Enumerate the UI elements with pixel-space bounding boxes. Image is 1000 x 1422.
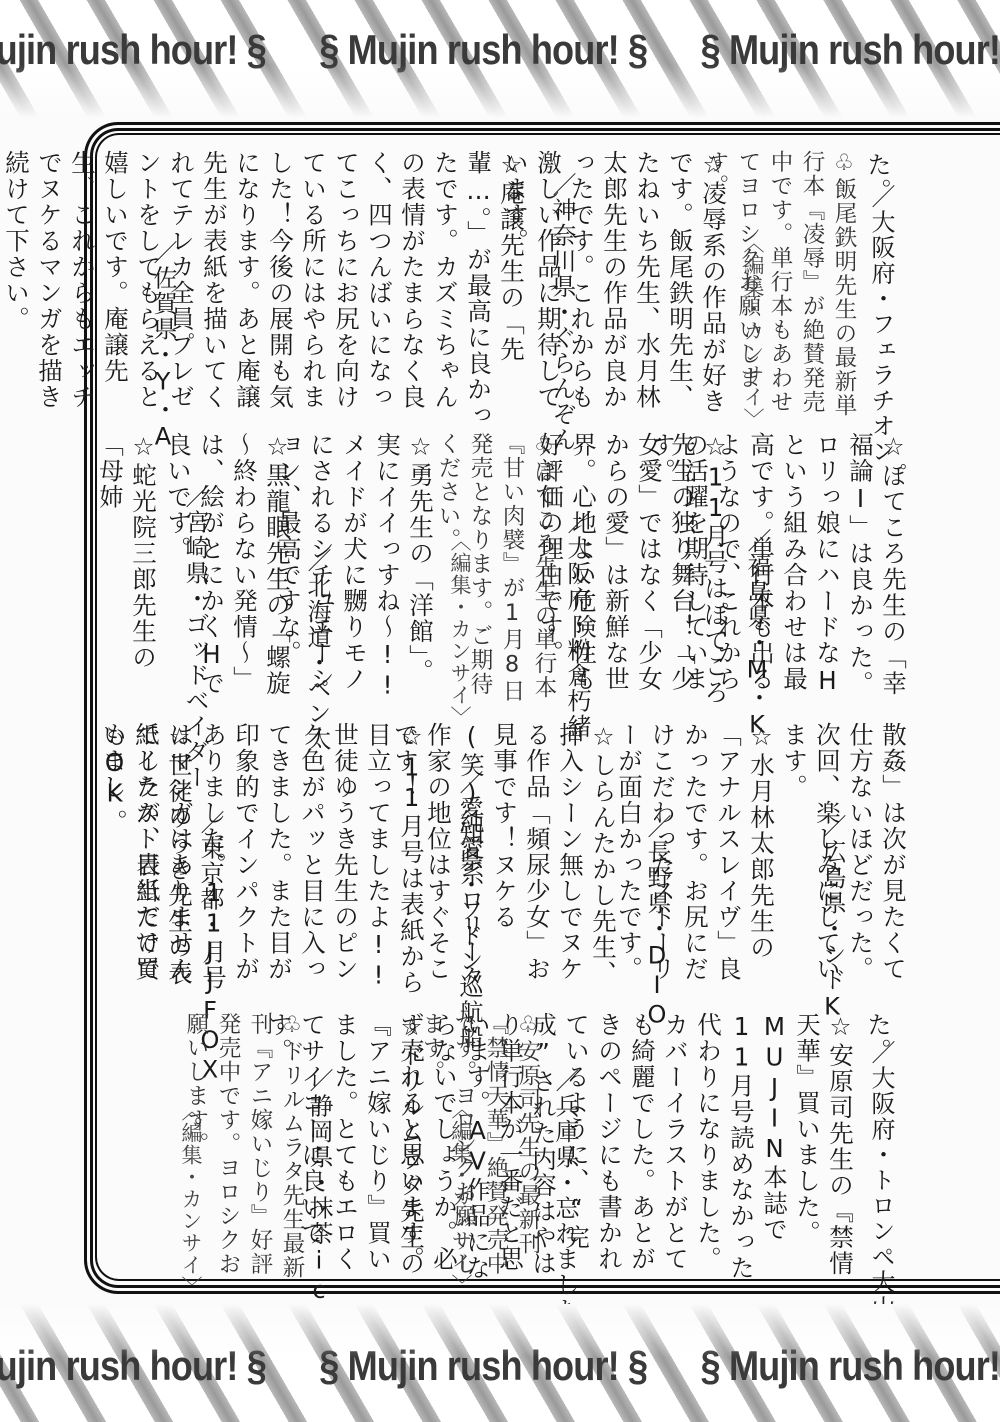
bottom-banner: § Mujin rush hour! §§ Mujin rush hour! §… bbox=[0, 1304, 1000, 1422]
letter-text: ☆世徒ゆうき先生の表紙イラスト目当てで買いまし bbox=[124, 722, 196, 997]
editor-signature: 〈編集・カンサイ〉 bbox=[738, 232, 768, 430]
letter-text: ☆黒龍眼先生の「螺旋～終わらない発情～」は、絵がとにかくHで良いです。 bbox=[222, 432, 294, 707]
letter-signature: ／大阪府・フェラチオン bbox=[864, 184, 899, 465]
editor-reply: ♧安原司先生の最新刊『禁情天華』絶賛発売中です。ヨロシクお願いします。 bbox=[472, 1012, 544, 1287]
editor-reply: ♧ドリルムラタ先生最新刊『アニ嫁いじり』好評発売中です。ヨロシクお願いします。 bbox=[200, 1012, 308, 1287]
letter-text: ☆しらんたかし先生、挿入シーン無しでヌケる作品「頻尿少女」お見事です！ヌケる(笑… bbox=[478, 722, 620, 997]
letter-text: ☆庵譲先生の「先輩…。」が最高に良かったです。カズミちゃんの表情がたまらなく良く… bbox=[178, 150, 528, 430]
letter-text: ☆蛇光院三郎先生の「母姉 bbox=[124, 432, 160, 707]
letter-signature: ／大阪府・粉倉朽緒 bbox=[560, 510, 595, 740]
letter-signature: ／佐賀県・Y・A bbox=[146, 240, 181, 452]
letter-signature: ／兵庫県・忘れました bbox=[548, 1068, 583, 1323]
letter-text: ☆安原司先生の『禁情天華』買いました。MUJIN本誌で11月号読めなかった代わり… bbox=[572, 1012, 857, 1287]
editor-signature: 〈編集・カンサイ〉 bbox=[176, 1100, 206, 1298]
top-banner: § Mujin rush hour! §§ Mujin rush hour! §… bbox=[0, 0, 1000, 118]
letter-signature: ／福島県・M・K bbox=[740, 528, 775, 740]
editor-reply: ♧ぽてころ先生の単行本『甘い肉襞』が1月8日発売となります。ご期待ください。 bbox=[470, 432, 560, 707]
banner-fade bbox=[0, 1304, 1000, 1422]
editor-signature: 〈編集・カンサイ〉 bbox=[446, 1098, 476, 1296]
letter-signature: ／愛知県・ソドン巡航船 bbox=[452, 770, 487, 1051]
letter-signature: ／神奈川県・ぐらんぞん bbox=[545, 172, 580, 453]
banner-fade bbox=[0, 0, 1000, 118]
letter-text: ☆勇先生の「洋館」。実にイイっすね～!! メイドが犬に嬲りモノにされるシチュエー… bbox=[332, 432, 437, 707]
letter-signature: ／広島県・シドK bbox=[815, 814, 850, 1022]
letter-text: ☆11月号は表紙から目立ってましたよ!! 世徒ゆうき先生のピンク色がパッと目に入… bbox=[196, 722, 428, 997]
editor-reply: ♧飯尾鉄明先生の最新単行本『凌辱』が絶賛発売中です。単行本もあわせてヨロシクお願… bbox=[760, 150, 860, 430]
letter-text: ☆11月号はぽてころ先生の独り舞台！「少女愛」ではなく「少女からの愛」は新鮮な世… bbox=[590, 432, 732, 707]
letter-signature: ／大阪府・トロンペ大山 bbox=[864, 1040, 899, 1321]
letter-text: ☆凌辱系の作品が好きです。飯尾鉄明先生、たねいち先生、水月林太郎先生の作品が良か… bbox=[588, 150, 730, 430]
letter-text: ☆水月林太郎先生の「アナルスレイヴ」良かったです。お尻にだけこだわったストーリー… bbox=[672, 722, 778, 997]
editor-signature: 〈編集・カンサイ〉 bbox=[445, 530, 475, 728]
letter-signature: ／長野県・DIO bbox=[640, 814, 675, 1030]
letter-text: ☆ぽてころ先生の「幸福論I」は良かった。ロリっ娘にハードなHという組み合わせは最… bbox=[768, 432, 910, 707]
